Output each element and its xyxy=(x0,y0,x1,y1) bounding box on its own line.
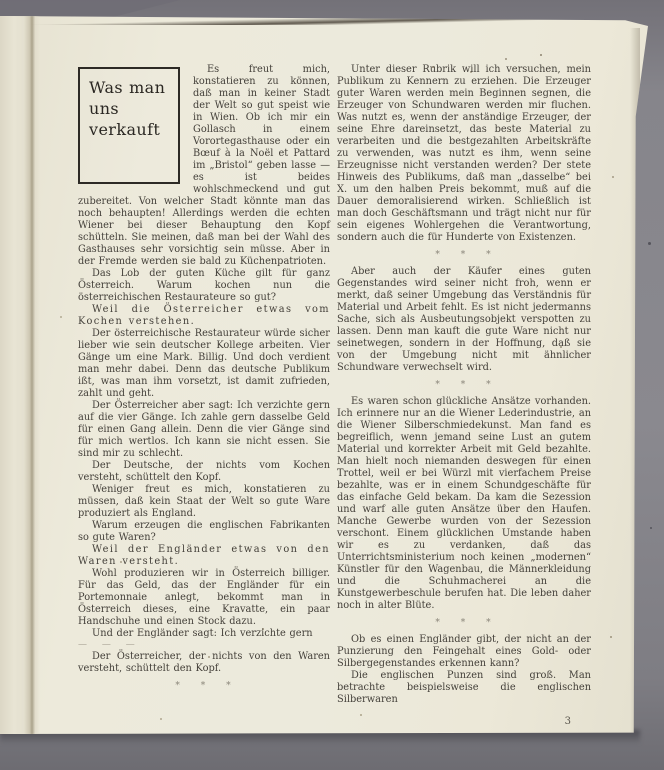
dash-divider: — — — xyxy=(78,640,330,651)
paragraph: Ob es einen Engländer gibt, der nicht an… xyxy=(337,634,591,670)
paragraph: Das Lob der guten Küche gilt für ganz Ös… xyxy=(78,268,330,304)
paragraph-emphasized: Weil der Engländer etwas von den Waren v… xyxy=(78,544,330,568)
title-line: Was man xyxy=(89,77,174,98)
paragraph-emphasized: Weil die Österreicher etwas vom Kochen v… xyxy=(78,304,330,328)
paragraph: Die englischen Punzen sind groß. Man bet… xyxy=(337,670,591,706)
paragraph: Wohl produzieren wir in Österreich billi… xyxy=(78,568,330,628)
paragraph: Der Österreicher, der nichts von den War… xyxy=(78,651,330,675)
title-box: Was man uns verkauft xyxy=(78,67,180,184)
paragraph: Warum erzeugen die englischen Fabrikante… xyxy=(78,520,330,544)
right-column: Unter dieser Rubrik will ich versuchen, … xyxy=(337,64,591,728)
paragraph: Es waren schon glückliche Ansätze vorhan… xyxy=(337,396,591,612)
page-top-edge xyxy=(0,16,648,25)
paragraph: Der Deutsche, der nichts vom Kochen vers… xyxy=(78,460,330,484)
asterism-divider: * * * xyxy=(337,250,591,261)
paragraph: Aber auch der Käufer eines guten Gegenst… xyxy=(337,266,591,374)
background-speck xyxy=(648,242,651,245)
asterism-divider: * * * xyxy=(78,681,330,692)
paragraph: Der Österreicher aber sagt: Ich verzicht… xyxy=(78,400,330,460)
book-page: Was man uns verkauft Es freut mich, kons… xyxy=(0,16,648,734)
paper-specks xyxy=(0,16,2,18)
asterism-divider: * * * xyxy=(337,380,591,391)
page-number: 3 xyxy=(337,716,591,728)
background-speck xyxy=(650,527,652,529)
asterism-divider: * * * xyxy=(337,618,591,629)
title-line: uns xyxy=(89,98,174,119)
paragraph: Und der Engländer sagt: Ich verzichte ge… xyxy=(78,628,330,640)
scan-background: Was man uns verkauft Es freut mich, kons… xyxy=(0,0,664,770)
page-right-edge xyxy=(630,28,640,734)
left-column: Was man uns verkauft Es freut mich, kons… xyxy=(78,64,330,697)
paragraph: Der österreichische Restaurateur würde s… xyxy=(78,328,330,400)
title-line: verkauft xyxy=(89,119,174,140)
paragraph: Weniger freut es mich, konstatieren zu m… xyxy=(78,484,330,520)
paragraph: Unter dieser Rubrik will ich versuchen, … xyxy=(337,64,591,244)
gutter-crease xyxy=(0,16,40,734)
